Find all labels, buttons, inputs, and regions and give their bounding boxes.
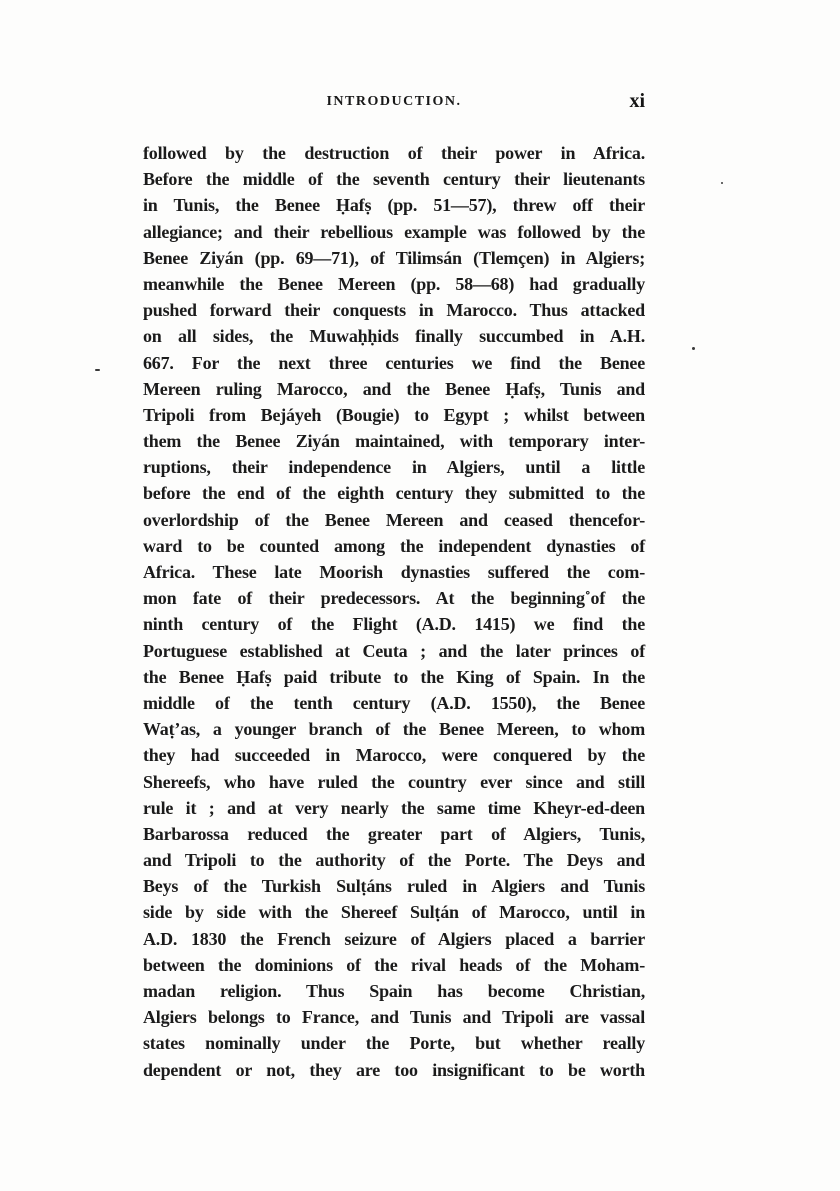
text-line: allegiance; and their rebellious example… — [143, 219, 645, 245]
text-line: dependent or not, they are too insignifi… — [143, 1057, 645, 1083]
text-line: states nominally under the Porte, but wh… — [143, 1030, 645, 1056]
text-line: pushed forward their conquests in Marocc… — [143, 297, 645, 323]
running-title: INTRODUCTION. — [143, 94, 645, 110]
page-number: xi — [629, 90, 645, 113]
text-line: they had succeeded in Marocco, were conq… — [143, 742, 645, 768]
text-line: meanwhile the Benee Mereen (pp. 58—68) h… — [143, 271, 645, 297]
text-line: Africa. These late Moorish dynasties suf… — [143, 559, 645, 585]
text-line: side by side with the Shereef Sulṭán of … — [143, 899, 645, 925]
text-line: Mereen ruling Marocco, and the Benee Ḥaf… — [143, 376, 645, 402]
text-line: before the end of the eighth century the… — [143, 480, 645, 506]
text-line: Before the middle of the seventh century… — [143, 166, 645, 192]
text-line: Beys of the Turkish Sulṭáns ruled in Alg… — [143, 873, 645, 899]
text-line: ward to be counted among the independent… — [143, 533, 645, 559]
text-line: mon fate of their predecessors. At the b… — [143, 585, 645, 611]
text-line: Algiers belongs to France, and Tunis and… — [143, 1004, 645, 1030]
scan-speck — [721, 182, 723, 184]
text-line: rule it ; and at very nearly the same ti… — [143, 795, 645, 821]
text-line: followed by the destruction of their pow… — [143, 140, 645, 166]
text-line: A.D. 1830 the French seizure of Algiers … — [143, 926, 645, 952]
text-line: middle of the tenth century (A.D. 1550),… — [143, 690, 645, 716]
text-line: ruptions, their independence in Algiers,… — [143, 454, 645, 480]
text-line: Barbarossa reduced the greater part of A… — [143, 821, 645, 847]
text-line: Portuguese established at Ceuta ; and th… — [143, 638, 645, 664]
text-line: Waṭ’as, a younger branch of the Benee Me… — [143, 716, 645, 742]
scan-speck — [95, 369, 100, 371]
text-line: Shereefs, who have ruled the country eve… — [143, 769, 645, 795]
text-line: them the Benee Ziyán maintained, with te… — [143, 428, 645, 454]
page-header: INTRODUCTION. xi — [143, 94, 645, 118]
text-line: in Tunis, the Benee Ḥafṣ (pp. 51—57), th… — [143, 192, 645, 218]
body-text-block: followed by the destruction of their pow… — [143, 140, 645, 1083]
text-line: the Benee Ḥafṣ paid tribute to the King … — [143, 664, 645, 690]
text-line: Tripoli from Bejáyeh (Bougie) to Egypt ;… — [143, 402, 645, 428]
text-line: Benee Ziyán (pp. 69—71), of Tilimsán (Tl… — [143, 245, 645, 271]
text-line: madan religion. Thus Spain has become Ch… — [143, 978, 645, 1004]
text-line: on all sides, the Muwaḥḥids finally succ… — [143, 323, 645, 349]
scan-speck — [692, 347, 695, 350]
text-line: 667. For the next three centuries we fin… — [143, 350, 645, 376]
text-line: and Tripoli to the authority of the Port… — [143, 847, 645, 873]
text-line: overlordship of the Benee Mereen and cea… — [143, 507, 645, 533]
book-page: INTRODUCTION. xi followed by the destruc… — [0, 0, 840, 1191]
text-line: between the dominions of the rival heads… — [143, 952, 645, 978]
text-line: ninth century of the Flight (A.D. 1415) … — [143, 611, 645, 637]
